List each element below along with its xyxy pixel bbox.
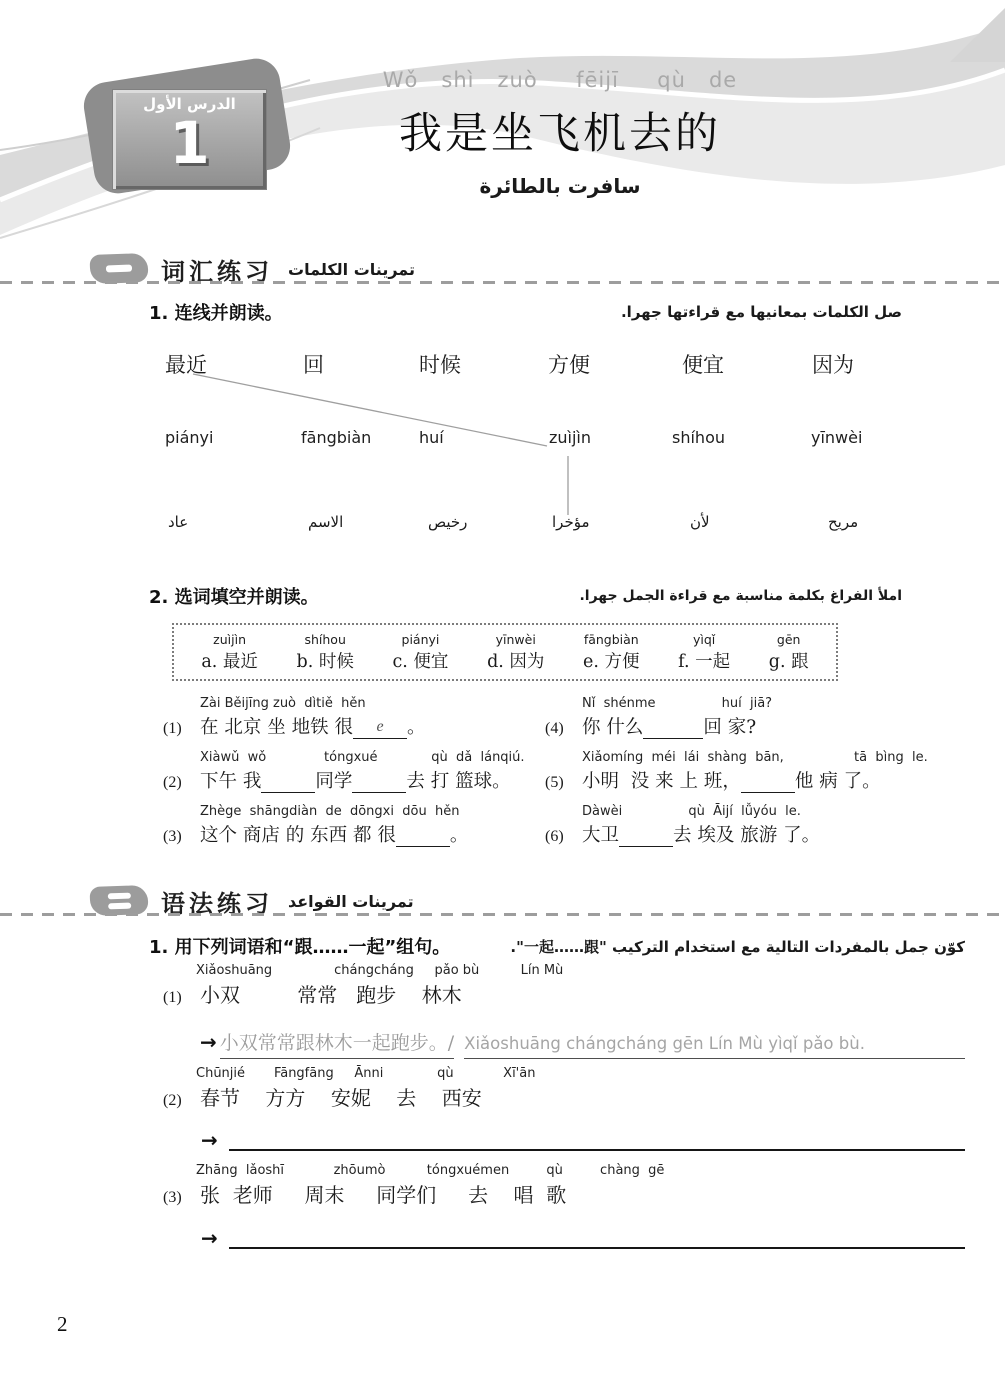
page-number: 2	[57, 1312, 68, 1337]
grammar-instruction-arabic: كوّن جمل بالمفردات التالية مع استخدام ال…	[510, 936, 965, 957]
bank-label: g. 跟	[769, 648, 809, 673]
fill-item-4: Nǐ shénme huí jiā? (4) 你 什么 回 家?	[545, 696, 975, 739]
grammar-pinyin: Chūnjié Fāngfāng Ānni qù Xī'ān	[163, 1066, 803, 1081]
sentence-text: 这个 商店 的 东西 都 很	[200, 821, 396, 847]
section-two-title-arabic: تمرينات القواعد	[288, 892, 414, 911]
arrow-icon: →	[201, 1226, 218, 1250]
bank-label: a. 最近	[201, 648, 258, 673]
sentence-text: 同学	[315, 767, 352, 793]
section-one-bar	[106, 265, 132, 273]
workbook-page: الدرس الأول 1 Wǒ shì zuò fēijī qù de 我是坐…	[0, 0, 1005, 1400]
item-number: (3)	[163, 1189, 200, 1207]
bank-label: e. 方便	[583, 648, 639, 673]
section-two-bar	[107, 892, 130, 899]
section-divider	[0, 913, 1005, 916]
arrow-icon: →	[201, 1128, 218, 1152]
sentence-pinyin: Zhège shāngdiàn de dōngxi dōu hěn	[163, 804, 553, 819]
bank-label: b. 时候	[297, 648, 354, 673]
item-number: (5)	[545, 774, 582, 792]
word-bank-item[interactable]: gēn g. 跟	[769, 632, 809, 673]
grammar-item-1: Xiǎoshuāng chángcháng pǎo bù Lín Mù (1) …	[163, 963, 803, 1008]
item-number: (6)	[545, 828, 582, 846]
sentence-text: 大卫	[582, 821, 619, 847]
page-title: 我是坐飞机去的	[305, 100, 815, 161]
sentence-text: 回 家?	[703, 713, 756, 739]
fill-item-1: Zài Běijīng zuò dìtiě hěn (1) 在 北京 坐 地铁 …	[163, 696, 553, 739]
bank-pinyin: shíhou	[297, 632, 354, 647]
bank-pinyin: yìqǐ	[678, 632, 730, 647]
bank-label: f. 一起	[678, 648, 730, 673]
sentence-text: 。	[450, 821, 469, 847]
fill-blank[interactable]	[643, 716, 703, 739]
grammar-instruction: 1. 用下列词语和“跟……一起”组句。	[149, 933, 450, 959]
bank-pinyin: zuìjìn	[201, 632, 258, 647]
grammar-item-2: Chūnjié Fāngfāng Ānni qù Xī'ān (2) 春节 方方…	[163, 1066, 803, 1111]
title-block: Wǒ shì zuò fēijī qù de 我是坐飞机去的 سافرت بال…	[305, 68, 815, 198]
fill-item-2: Xiàwǔ wǒ tóngxué qù dǎ lánqiú. (2) 下午 我 …	[163, 750, 553, 793]
bank-pinyin: gēn	[769, 632, 809, 647]
sentence-text: 去 埃及 旅游 了。	[673, 821, 820, 847]
section-two-icon	[90, 885, 149, 916]
word-bank-item[interactable]: shíhou b. 时候	[297, 632, 354, 673]
fill-blank[interactable]	[741, 770, 795, 793]
bank-label: d. 因为	[487, 648, 544, 673]
grammar-words: 张 老师 周末 同学们 去 唱 歌	[200, 1179, 566, 1208]
ex1-instruction-arabic: صل الكلمات بمعانيها مع قراءتها جهرا.	[621, 303, 902, 321]
sentence-pinyin: Dàwèi qù Āijí lǚyóu le.	[545, 804, 975, 819]
fill-item-5: Xiǎomíng méi lái shàng bān, tā bìng le. …	[545, 750, 975, 793]
sentence-text: 他 病 了。	[795, 767, 881, 793]
word-bank-item[interactable]: fāngbiàn e. 方便	[583, 632, 639, 673]
fill-blank[interactable]	[352, 770, 406, 793]
bank-pinyin: yīnwèi	[487, 632, 544, 647]
sentence-text: 在 北京 坐 地铁 很	[200, 713, 353, 739]
fill-item-3: Zhège shāngdiàn de dōngxi dōu hěn (3) 这个…	[163, 804, 553, 847]
answer-row: →	[201, 1226, 965, 1250]
word-bank: zuìjìn a. 最近 shíhou b. 时候 piányi c. 便宜 y…	[172, 623, 838, 681]
grammar-words: 春节 方方 安妮 去 西安	[200, 1082, 482, 1111]
item-number: (2)	[163, 1092, 200, 1110]
example-answer-pinyin: Xiǎoshuāng chángcháng gēn Lín Mù yìqǐ pǎ…	[464, 1034, 965, 1059]
section-divider	[0, 281, 1005, 284]
sentence-text: 。	[407, 713, 426, 739]
sentence-text: 去 打 篮球。	[406, 767, 510, 793]
grammar-words: 小双 常常 跑步 林木	[200, 979, 462, 1008]
sentence-text: 小明 没 来 上 班，	[582, 767, 741, 793]
written-answer: e	[376, 718, 383, 735]
bank-label: c. 便宜	[392, 648, 448, 673]
title-pinyin: Wǒ shì zuò fēijī qù de	[305, 68, 815, 92]
section-two-bar	[108, 902, 131, 909]
section-one-title-arabic: تمرينات الكلمات	[288, 260, 415, 279]
sentence-pinyin: Xiàwǔ wǒ tóngxué qù dǎ lánqiú.	[163, 750, 553, 765]
fill-blank[interactable]: e	[353, 716, 407, 739]
ex2-instruction: 2. 选词填空并朗读。	[149, 583, 319, 609]
lesson-badge: الدرس الأول 1	[112, 89, 267, 190]
answer-line[interactable]	[229, 1226, 965, 1249]
bank-pinyin: piányi	[392, 632, 448, 647]
answer-row: →	[201, 1128, 965, 1152]
item-number: (4)	[545, 720, 582, 738]
example-answer-cn: 小双常常跟林木一起跑步。/	[220, 1028, 454, 1059]
title-arabic: سافرت بالطائرة	[305, 174, 815, 198]
grammar-item-3: Zhāng lǎoshī zhōumò tóngxuémen qù chàng …	[163, 1163, 863, 1208]
fill-blank[interactable]	[261, 770, 315, 793]
sentence-text: 下午 我	[200, 767, 261, 793]
ex2-instruction-arabic: املأ الفراغ بكلمة مناسبة مع قراءة الجمل …	[579, 588, 902, 604]
example-answer: → 小双常常跟林木一起跑步。/ Xiǎoshuāng chángcháng gē…	[200, 1028, 965, 1059]
word-bank-item[interactable]: zuìjìn a. 最近	[201, 632, 258, 673]
fill-item-6: Dàwèi qù Āijí lǚyóu le. (6) 大卫 去 埃及 旅游 了…	[545, 804, 975, 847]
lesson-number: 1	[113, 114, 266, 172]
arrow-icon: →	[200, 1030, 217, 1054]
sentence-text: 你 什么	[582, 713, 643, 739]
fill-blank[interactable]	[619, 824, 673, 847]
bank-pinyin: fāngbiàn	[583, 632, 639, 647]
sentence-pinyin: Zài Běijīng zuò dìtiě hěn	[163, 696, 553, 711]
answer-line[interactable]	[229, 1128, 965, 1151]
word-bank-item[interactable]: yīnwèi d. 因为	[487, 632, 544, 673]
sentence-pinyin: Nǐ shénme huí jiā?	[545, 696, 975, 711]
item-number: (3)	[163, 828, 200, 846]
grammar-pinyin: Zhāng lǎoshī zhōumò tóngxuémen qù chàng …	[163, 1163, 863, 1178]
grammar-pinyin: Xiǎoshuāng chángcháng pǎo bù Lín Mù	[163, 963, 803, 978]
item-number: (1)	[163, 720, 200, 738]
word-bank-item[interactable]: yìqǐ f. 一起	[678, 632, 730, 673]
word-bank-item[interactable]: piányi c. 便宜	[392, 632, 448, 673]
ex1-instruction: 1. 连线并朗读。	[149, 299, 283, 325]
item-number: (2)	[163, 774, 200, 792]
match-connection-lines	[0, 340, 1005, 530]
item-number: (1)	[163, 989, 200, 1007]
fill-blank[interactable]	[396, 824, 450, 847]
sentence-pinyin: Xiǎomíng méi lái shàng bān, tā bìng le.	[545, 750, 975, 765]
section-one-icon	[90, 253, 149, 284]
